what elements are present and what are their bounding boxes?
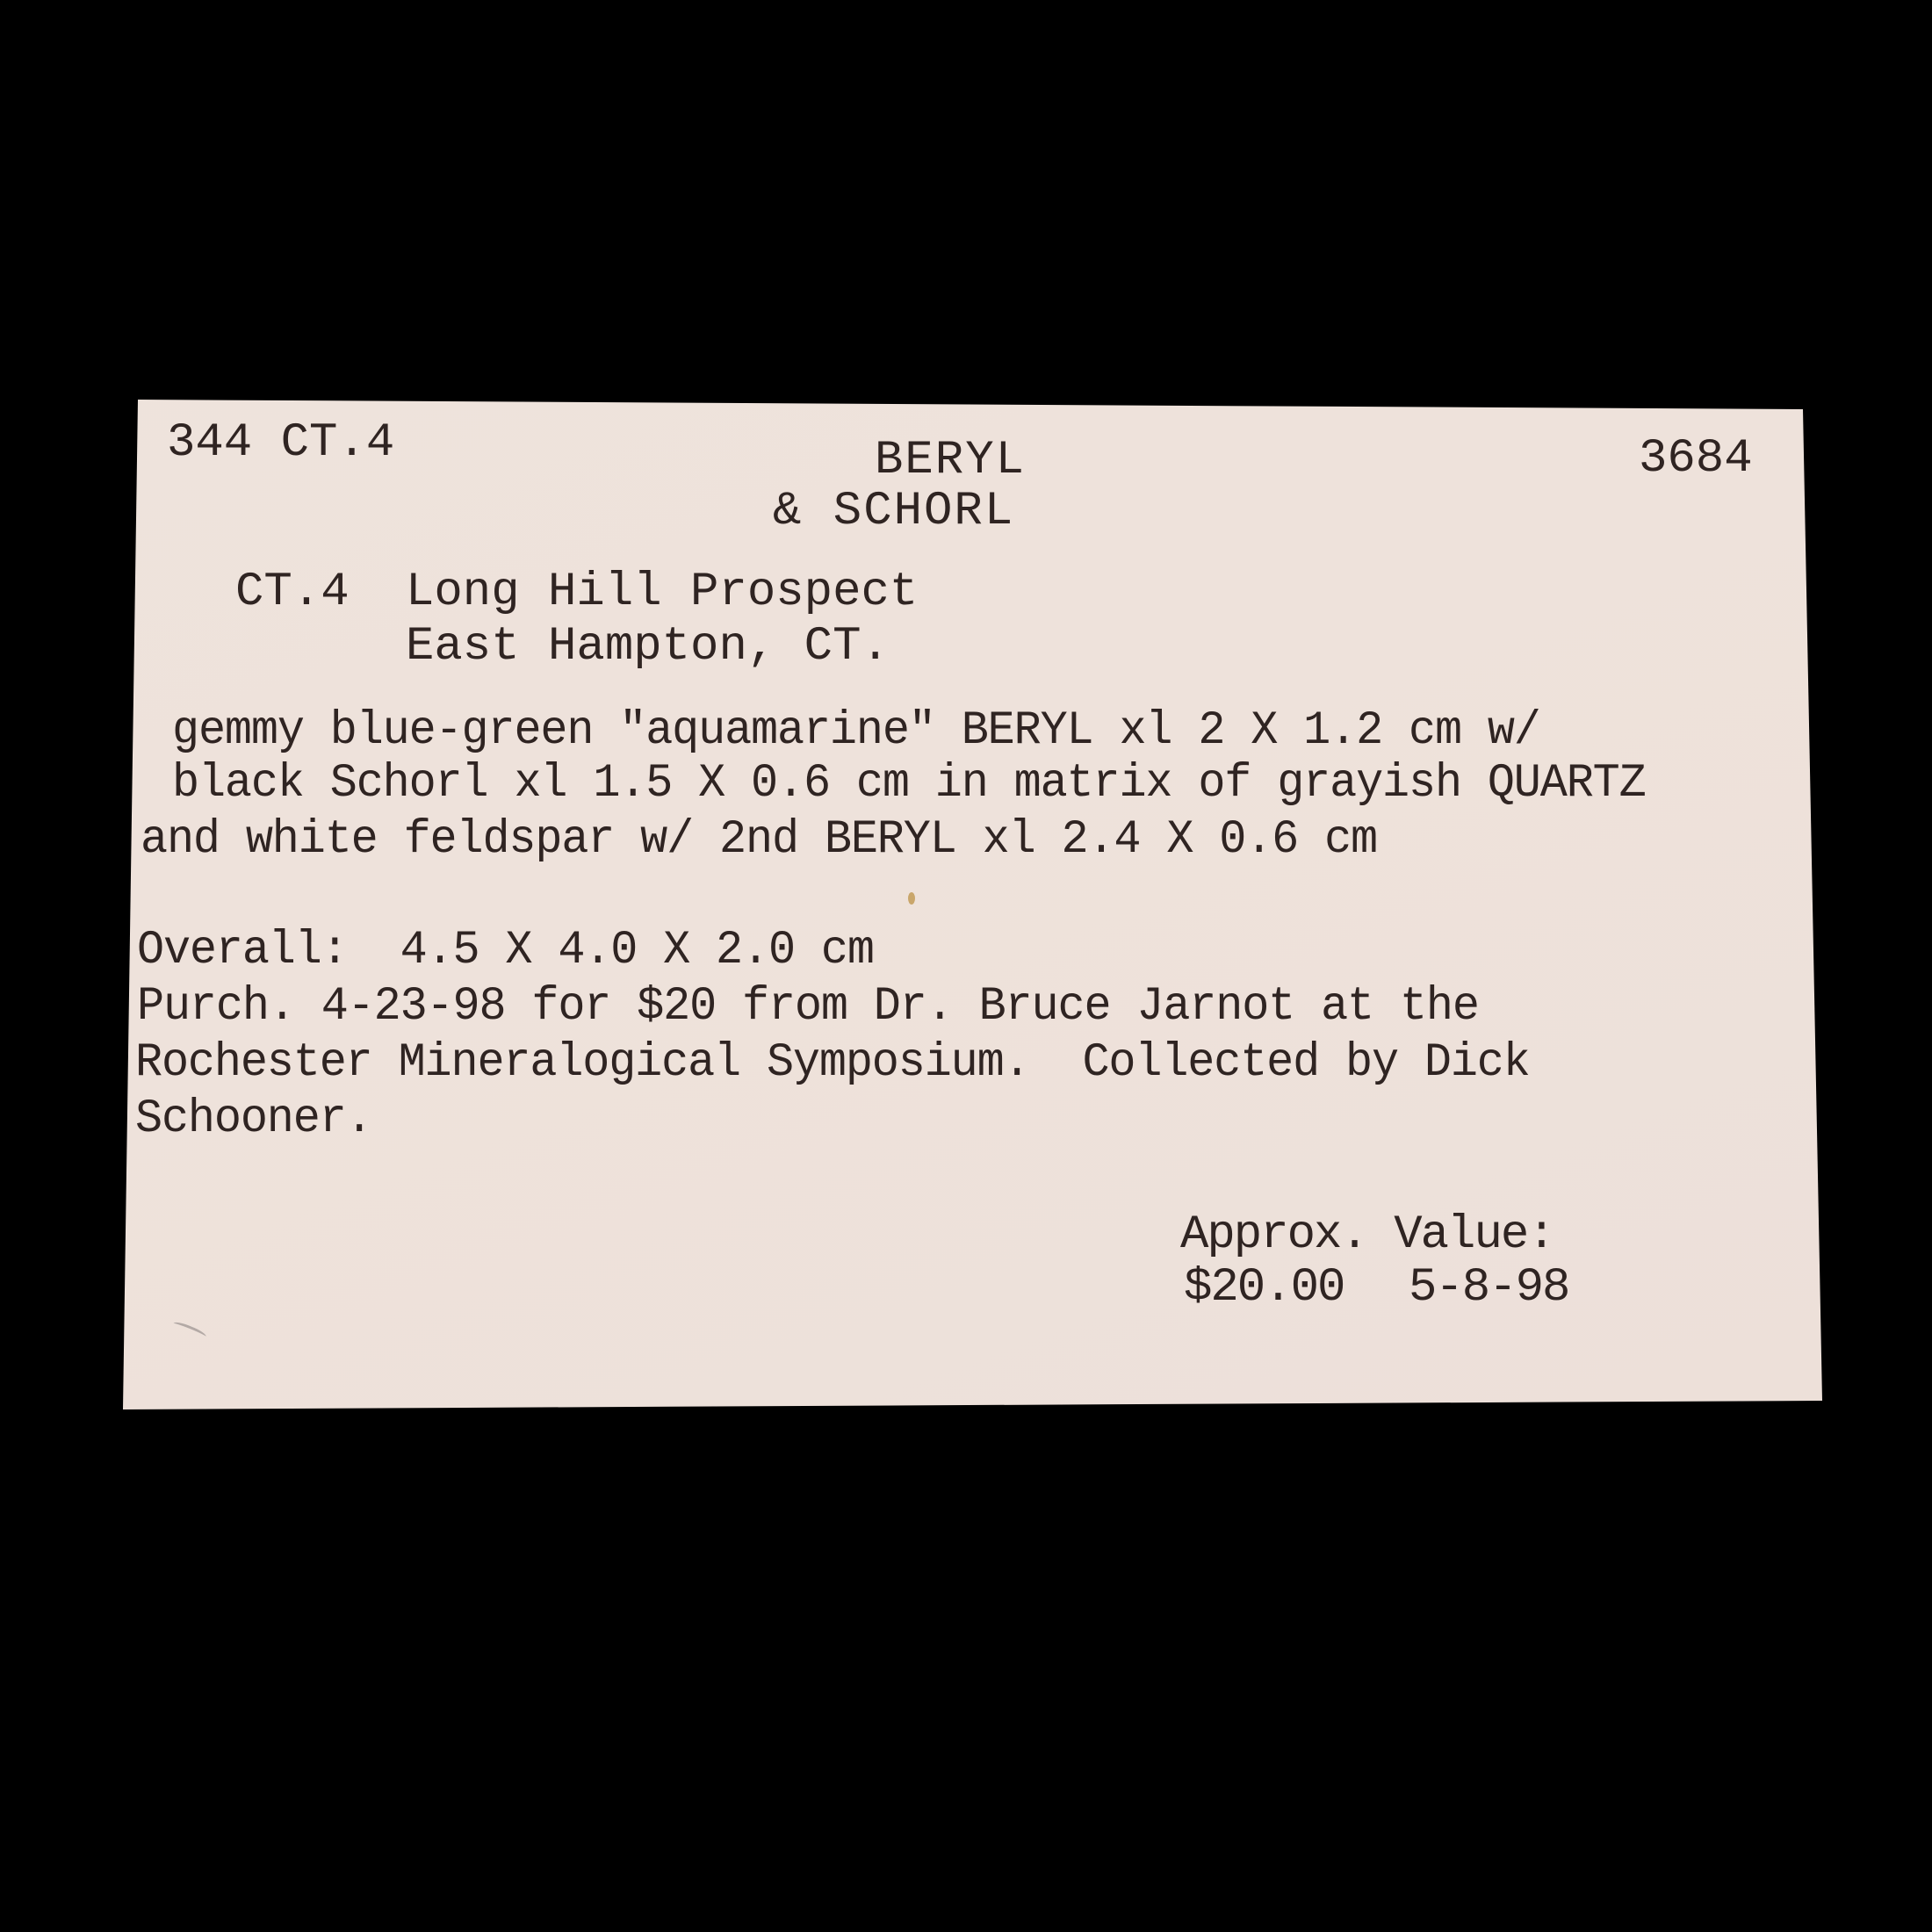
provenance-line-3: Schooner. (135, 1096, 372, 1143)
locality-site: Long Hill Prospect (406, 569, 918, 616)
description-line-2: black Schorl xl 1.5 X 0.6 cm in matrix o… (172, 761, 1646, 808)
specimen-title-line-1: BERYL (875, 437, 1026, 485)
paper-speck (908, 892, 915, 905)
approx-value-label: Approx. Value: (1180, 1212, 1554, 1259)
catalog-code: 344 CT.4 (167, 420, 394, 467)
provenance-line-1: Purch. 4-23-98 for $20 from Dr. Bruce Ja… (137, 984, 1479, 1031)
provenance-line-2: Rochester Mineralogical Symposium. Colle… (135, 1040, 1530, 1087)
description-line-1: gemmy blue-green "aquamarine" BERYL xl 2… (172, 708, 1540, 755)
locality-code: CT.4 (235, 569, 350, 616)
approx-value-date: 5-8-98 (1409, 1265, 1568, 1312)
specimen-number: 3684 (1639, 436, 1753, 483)
description-line-3: and white feldspar w/ 2nd BERYL xl 2.4 X… (141, 817, 1377, 864)
specimen-title-line-2: & SCHORL (773, 488, 1014, 536)
overall-dimensions: Overall: 4.5 X 4.0 X 2.0 cm (137, 927, 874, 975)
approx-value-amount: $20.00 (1184, 1265, 1344, 1312)
locality-town: East Hampton, CT. (406, 624, 890, 671)
